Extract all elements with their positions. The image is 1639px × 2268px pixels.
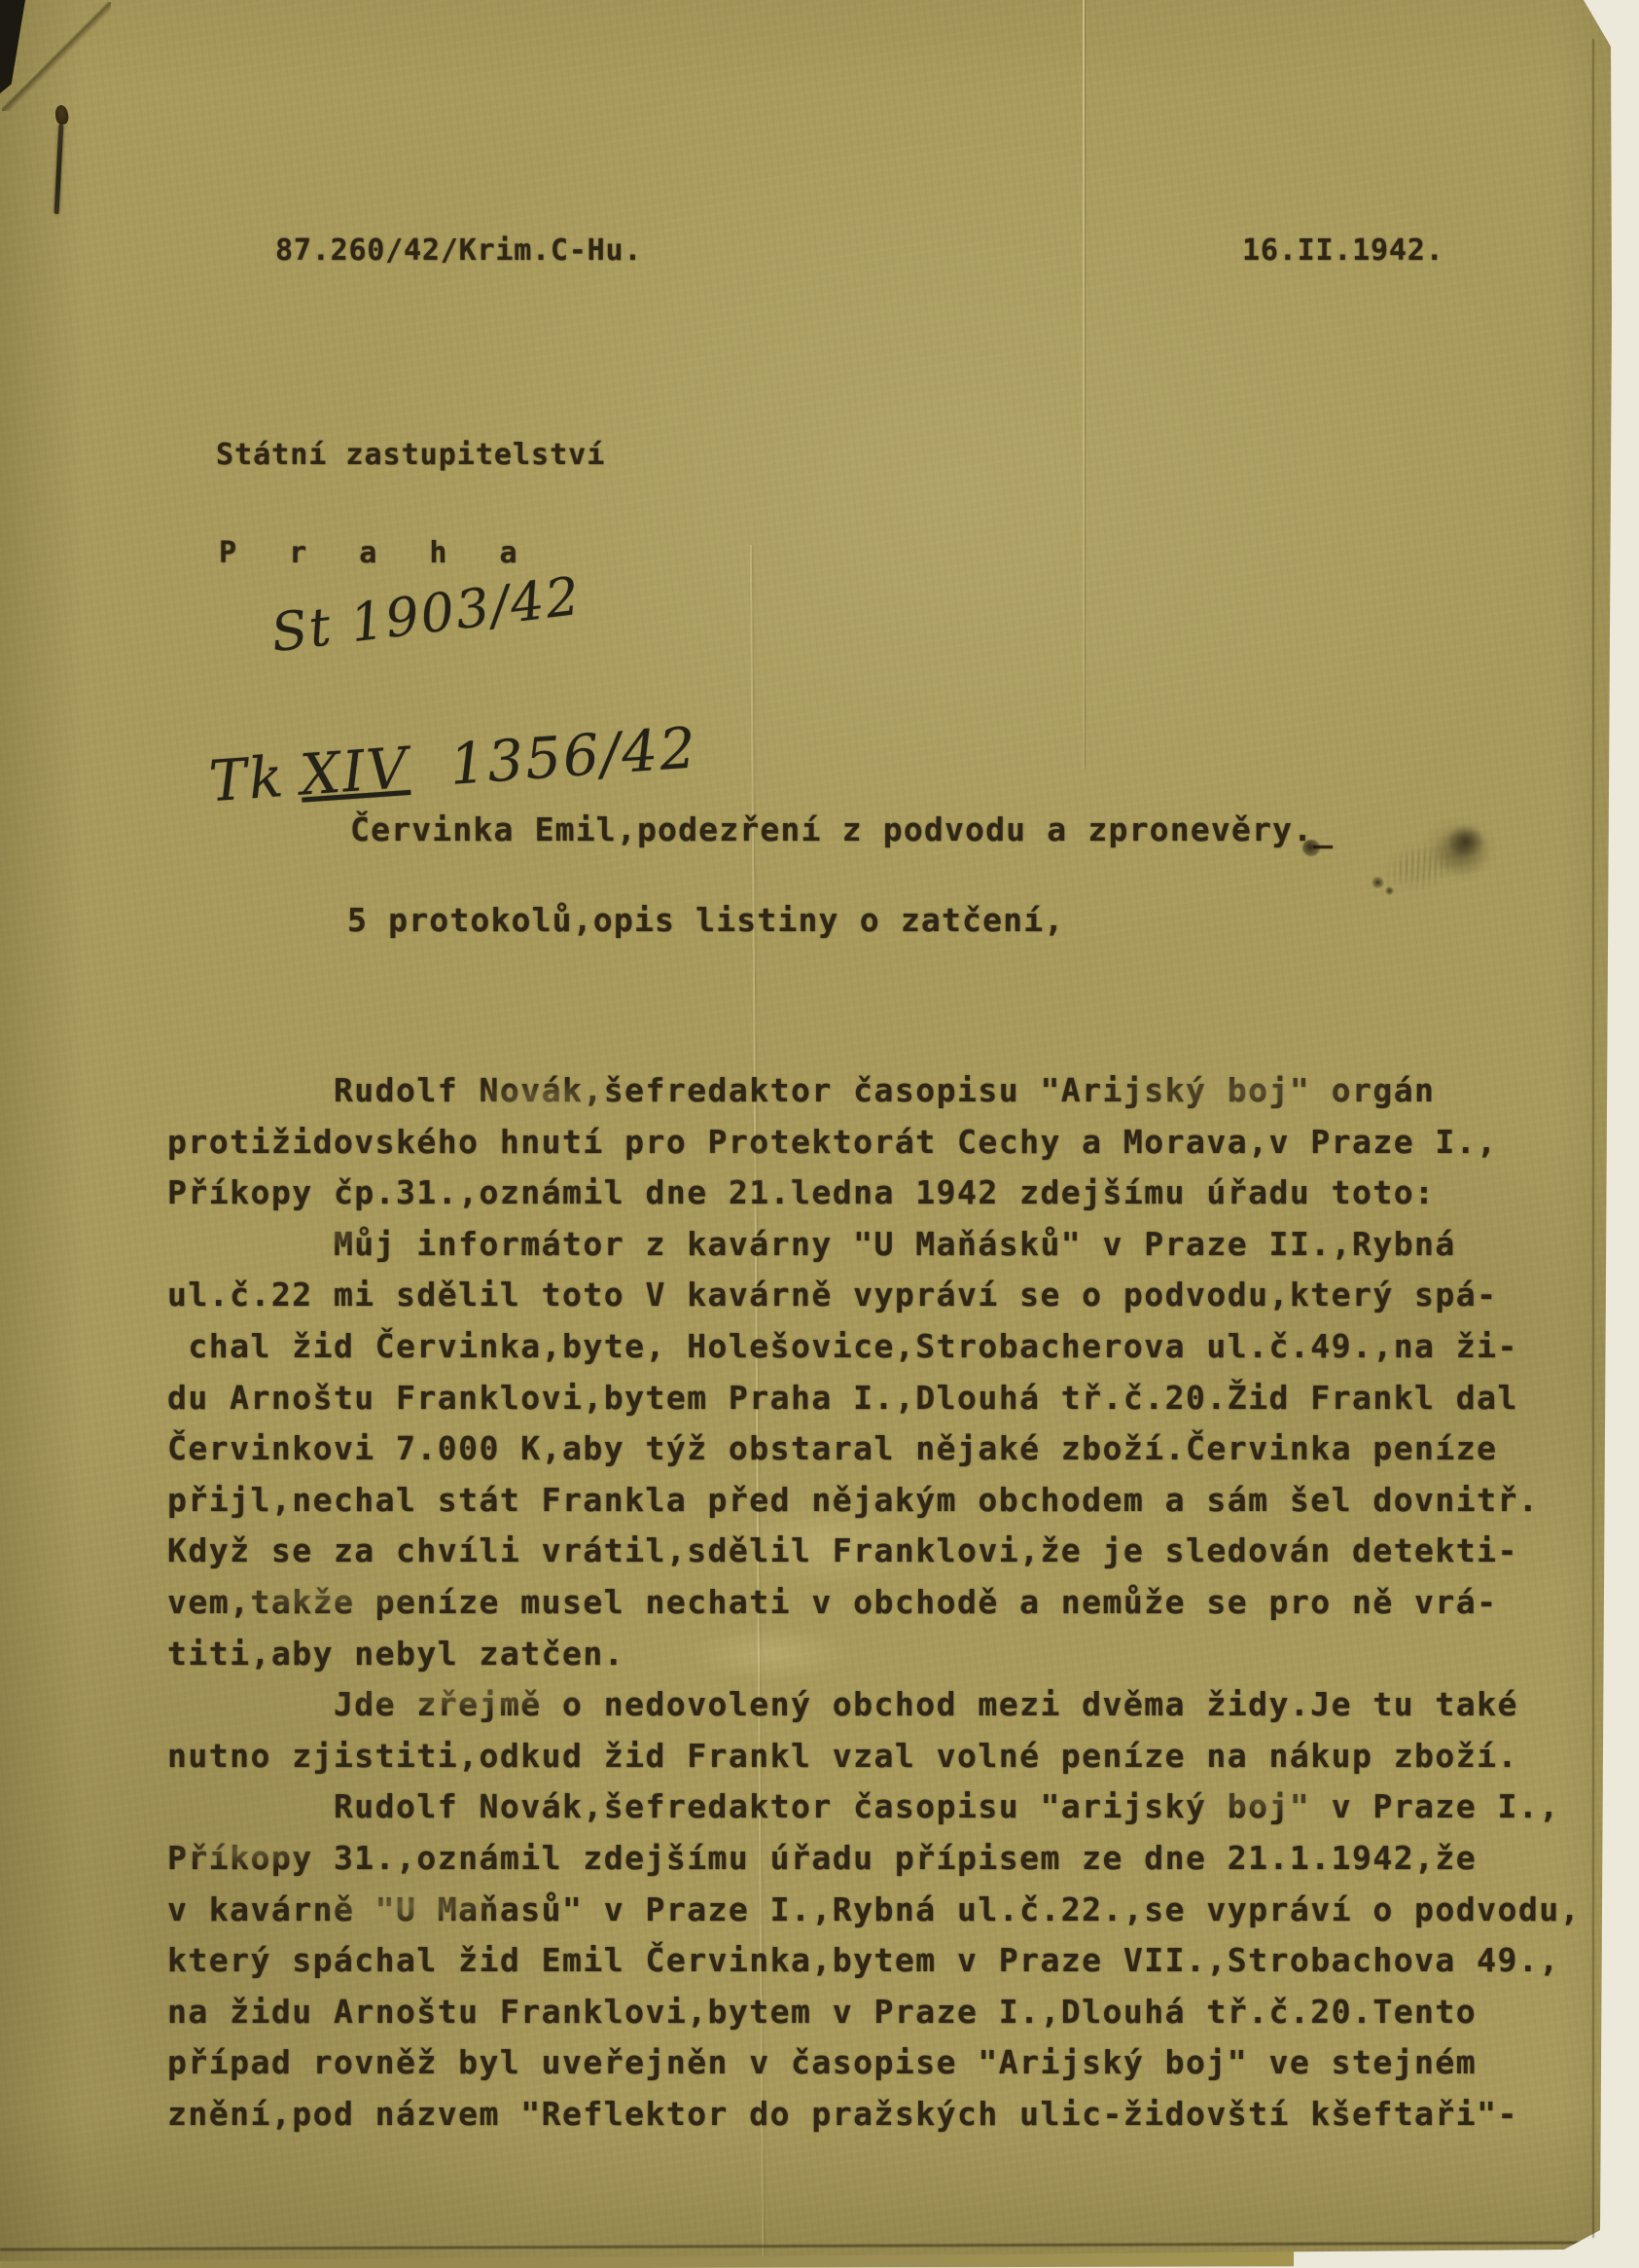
body-line: který spáchal žid Emil Červinka,bytem v … bbox=[167, 1935, 1607, 1987]
body-line: du Arnoštu Franklovi,bytem Praha I.,Dlou… bbox=[167, 1373, 1607, 1424]
body-line: Příkopy 31.,oznámil zdejšímu úřadu přípi… bbox=[167, 1833, 1607, 1885]
handwritten-file-number-2: TkXIV1356/42 bbox=[84, 648, 704, 888]
body-line: Jde zřejmě o nedovolený obchod mezi dvěm… bbox=[167, 1679, 1607, 1731]
recipient-city: P r a h a bbox=[219, 536, 535, 570]
body-line: vem,takže peníze musel nechati v obchodě… bbox=[167, 1577, 1607, 1629]
body-line: Příkopy čp.31.,oznámil dne 21.ledna 1942… bbox=[167, 1168, 1607, 1219]
handwritten-prefix: Tk bbox=[207, 743, 287, 814]
body-line: znění,pod názvem "Reflektor do pražských… bbox=[167, 2089, 1607, 2141]
handwritten-number: 1356/42 bbox=[447, 714, 699, 798]
reference-number: 87.260/42/Krim.C-Hu. bbox=[275, 234, 642, 268]
ink-dot bbox=[1302, 840, 1320, 856]
body-line: nutno zjistiti,odkud žid Frankl vzal vol… bbox=[167, 1731, 1607, 1782]
document-page: 87.260/42/Krim.C-Hu. 16.II.1942. Státní … bbox=[0, 0, 1639, 2268]
body-line: ul.č.22 mi sdělil toto V kavárně vypráví… bbox=[167, 1270, 1607, 1321]
body-line: Můj informátor z kavárny "U Maňásků" v P… bbox=[167, 1219, 1607, 1271]
body-line: titi,aby nebyl zatčen. bbox=[167, 1629, 1607, 1680]
ink-dot bbox=[1385, 886, 1394, 895]
vertical-crease bbox=[1083, 0, 1085, 769]
body-line: Když se za chvíli vrátil,sdělil Franklov… bbox=[167, 1526, 1607, 1577]
ink-dot bbox=[1372, 877, 1384, 888]
body-line: chal žid Červinka,byte, Holešovice,Strob… bbox=[167, 1321, 1607, 1373]
body-line: v kavárně "U Maňasů" v Praze I.,Rybná ul… bbox=[167, 1885, 1607, 1936]
handwritten-file-number-1: St 1903/42 bbox=[267, 565, 584, 665]
body-line: na židu Arnoštu Franklovi,bytem v Praze … bbox=[167, 1987, 1607, 2038]
document-date: 16.II.1942. bbox=[1242, 234, 1443, 268]
scanned-document: 87.260/42/Krim.C-Hu. 16.II.1942. Státní … bbox=[0, 0, 1639, 2268]
page-bottom-edge bbox=[0, 2241, 1581, 2250]
body-line: Rudolf Novák,šefredaktor časopisu "Arijs… bbox=[167, 1065, 1607, 1117]
body-line: přijl,nechal stát Frankla před nějakým o… bbox=[167, 1475, 1607, 1527]
body-line: protižidovského hnutí pro Protektorát Ce… bbox=[167, 1117, 1607, 1169]
body-line: Rudolf Novák,šefredaktor časopisu "arijs… bbox=[167, 1782, 1607, 1833]
recipient-office: Státní zastupitelství bbox=[216, 438, 605, 472]
body-line: případ rovněž byl uveřejněn v časopise "… bbox=[167, 2037, 1607, 2089]
body-text: Rudolf Novák,šefredaktor časopisu "Arijs… bbox=[167, 1065, 1607, 2140]
subject-line: Červinka Emil,podezření z podvodu a zpro… bbox=[350, 810, 1334, 848]
body-line: Červinkovi 7.000 K,aby týž obstaral něja… bbox=[167, 1423, 1607, 1475]
ink-smudge-streak bbox=[1366, 828, 1471, 905]
handwritten-roman-numeral: XIV bbox=[298, 735, 411, 809]
enclosures-line: 5 protokolů,opis listiny o zatčení, bbox=[347, 901, 1064, 939]
